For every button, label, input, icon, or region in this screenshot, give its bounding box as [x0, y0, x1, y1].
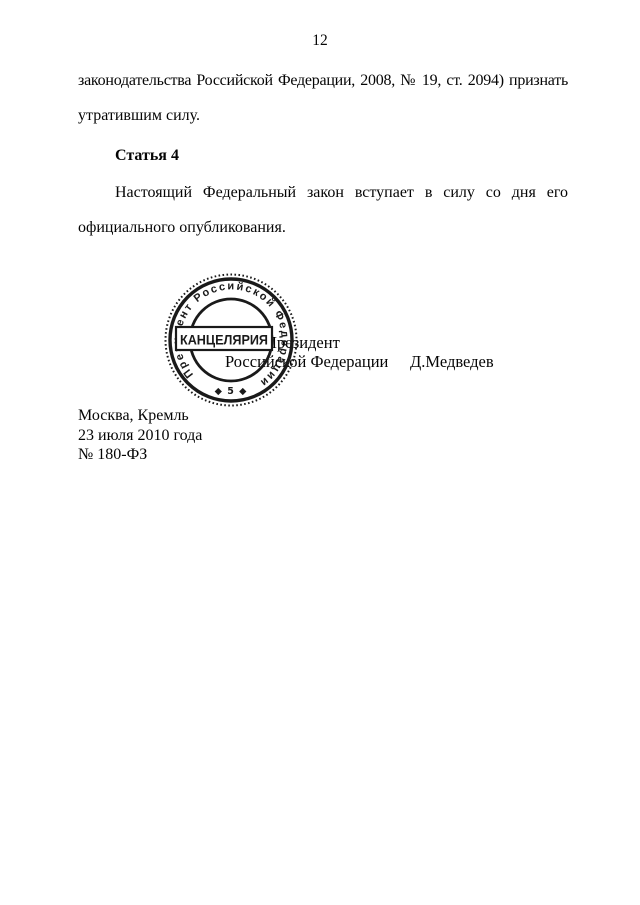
stamp-bottom-number: ◆ 5 ◆ [215, 386, 248, 397]
footer-block: Москва, Кремль 23 июля 2010 года № 180-Ф… [78, 406, 202, 465]
body-paragraph-line-4: официального опубликования. [78, 219, 568, 237]
document-page: 12 законодательства Российской Федерации… [0, 0, 640, 905]
stamp-graphic: Президент Российской Федерации ◆ 5 ◆ КАН… [161, 270, 301, 410]
body-paragraph-line-3: Настоящий Федеральный закон вступает в с… [78, 184, 568, 202]
body-paragraph-line-1: законодательства Российской Федерации, 2… [78, 72, 568, 90]
stamp-center-text: КАНЦЕЛЯРИЯ [180, 332, 268, 348]
footer-number: № 180-ФЗ [78, 445, 202, 465]
footer-date: 23 июля 2010 года [78, 426, 202, 446]
page-number: 12 [0, 32, 640, 50]
article-heading: Статья 4 [115, 147, 179, 165]
chancellery-stamp: Президент Российской Федерации ◆ 5 ◆ КАН… [161, 270, 301, 410]
footer-place: Москва, Кремль [78, 406, 202, 426]
signature-name: Д.Медведев [410, 352, 494, 372]
body-paragraph-line-2: утратившим силу. [78, 107, 568, 125]
